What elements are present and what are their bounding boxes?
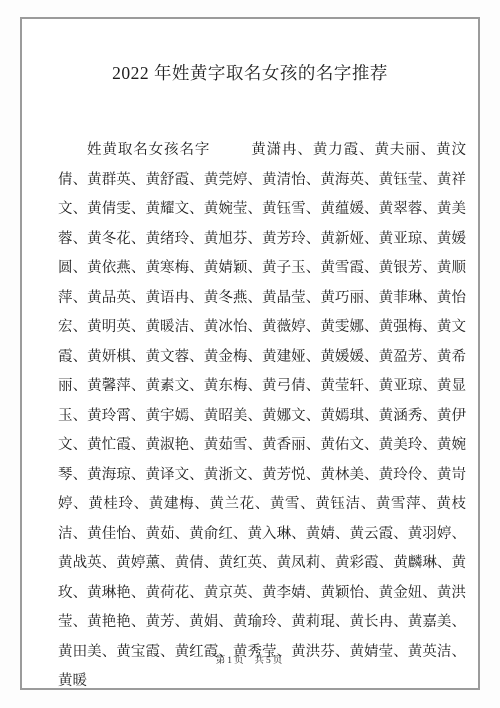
document-title: 2022 年姓黄字取名女孩的名字推荐 [32,60,468,86]
document-page: 2022 年姓黄字取名女孩的名字推荐 姓黄取名女孩名字黄潇冉、黄力霞、黄夫丽、黄… [20,17,480,690]
page-total-label: 共5页 [255,656,285,666]
page-number-label: 第1页 [216,656,246,666]
names-text: 黄潇冉、黄力霞、黄夫丽、黄汶倩、黄群英、黄舒霞、黄莞婷、黄清怡、黄海英、黄钰莹、… [58,142,466,689]
paragraph-lead: 姓黄取名女孩名字 [87,142,210,158]
document-canvas: 2022 年姓黄字取名女孩的名字推荐 姓黄取名女孩名字黄潇冉、黄力霞、黄夫丽、黄… [0,0,500,708]
page-footer: 第1页共5页 [22,652,478,666]
names-paragraph: 姓黄取名女孩名字黄潇冉、黄力霞、黄夫丽、黄汶倩、黄群英、黄舒霞、黄莞婷、黄清怡、… [58,136,466,697]
